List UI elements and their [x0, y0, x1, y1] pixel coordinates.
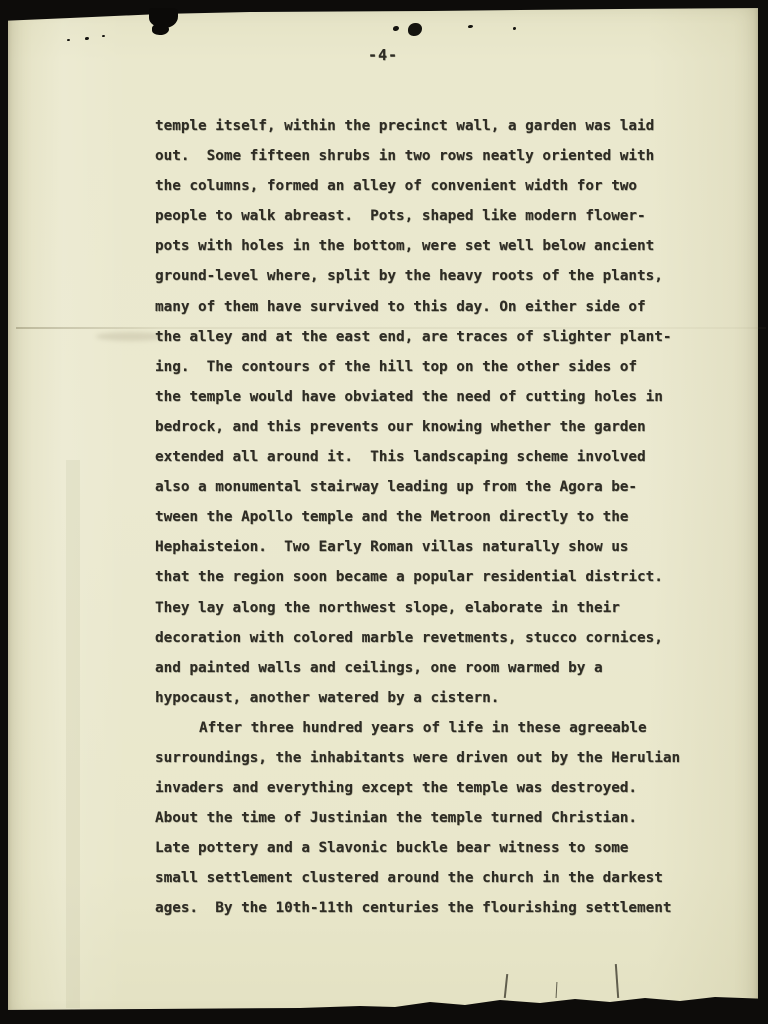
text-line: and painted walls and ceilings, one room… — [155, 653, 715, 683]
text-line: bedrock, and this prevents our knowing w… — [155, 412, 715, 442]
text-line: people to walk abreast. Pots, shaped lik… — [155, 201, 715, 231]
text-line: They lay along the northwest slope, elab… — [155, 593, 715, 623]
text-line: that the region soon became a popular re… — [155, 562, 715, 592]
text-line: the columns, formed an alley of convenie… — [155, 171, 715, 201]
text-line: ing. The contours of the hill top on the… — [155, 352, 715, 382]
text-line: tween the Apollo temple and the Metroon … — [155, 502, 715, 532]
text-line: About the time of Justinian the temple t… — [155, 803, 715, 833]
text-line: invaders and everything except the templ… — [155, 773, 715, 803]
text-line: pots with holes in the bottom, were set … — [155, 231, 715, 261]
paragraph: temple itself, within the precinct wall,… — [155, 111, 715, 713]
text-line: out. Some fifteen shrubs in two rows nea… — [155, 141, 715, 171]
text-line: small settlement clustered around the ch… — [155, 863, 715, 893]
text-line: temple itself, within the precinct wall,… — [155, 111, 715, 141]
text-line: surroundings, the inhabitants were drive… — [155, 743, 715, 773]
text-line: Hephaisteion. Two Early Roman villas nat… — [155, 532, 715, 562]
text-line: the alley and at the east end, are trace… — [155, 322, 715, 352]
text-line: also a monumental stairway leading up fr… — [155, 472, 715, 502]
text-line: ground-level where, split by the heavy r… — [155, 261, 715, 291]
paragraph: After three hundred years of life in the… — [155, 713, 715, 924]
scan-background: { "colors": { "paper": "#e9e7cc", "ink":… — [0, 0, 768, 1024]
text-line: After three hundred years of life in the… — [155, 713, 715, 743]
text-line: extended all around it. This landscaping… — [155, 442, 715, 472]
text-line: hypocaust, another watered by a cistern. — [155, 683, 715, 713]
text-line: Late pottery and a Slavonic buckle bear … — [155, 833, 715, 863]
vertical-fold-shadow — [66, 460, 80, 1008]
text-line: decoration with colored marble revetment… — [155, 623, 715, 653]
text-line: many of them have survived to this day. … — [155, 292, 715, 322]
page-number: -4- — [0, 46, 766, 64]
text-line: ages. By the 10th-11th centuries the flo… — [155, 893, 715, 923]
text-line: the temple would have obviated the need … — [155, 382, 715, 412]
typewritten-text: temple itself, within the precinct wall,… — [155, 111, 715, 924]
